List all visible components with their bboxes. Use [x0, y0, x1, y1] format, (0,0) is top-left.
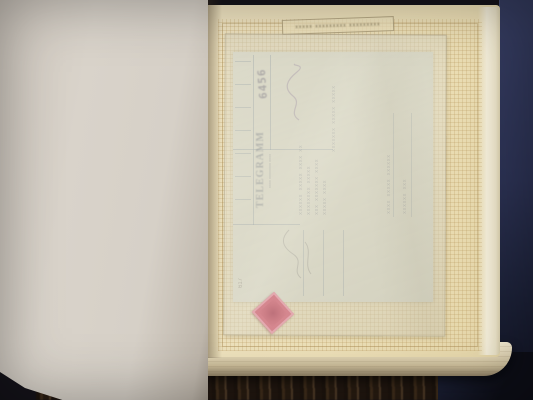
- album-page: xxxxx xxxxxxxxx xxxxxxxxx TELEGRAMM xxxx…: [206, 5, 500, 357]
- blank-interleaf-page: [0, 0, 208, 400]
- catalog-label-text: xxxxx xxxxxxxxx xxxxxxxxx: [295, 21, 380, 30]
- glassine-sheen: [224, 34, 446, 335]
- glassine-protective-sheet: [223, 33, 447, 336]
- album-cover-right-edge: [499, 0, 533, 400]
- photo-of-open-album: xxxxx xxxxxxxxx xxxxxxxxx TELEGRAMM xxxx…: [0, 0, 533, 400]
- gutter-shadow: [206, 0, 222, 358]
- stamp-design: [259, 299, 287, 327]
